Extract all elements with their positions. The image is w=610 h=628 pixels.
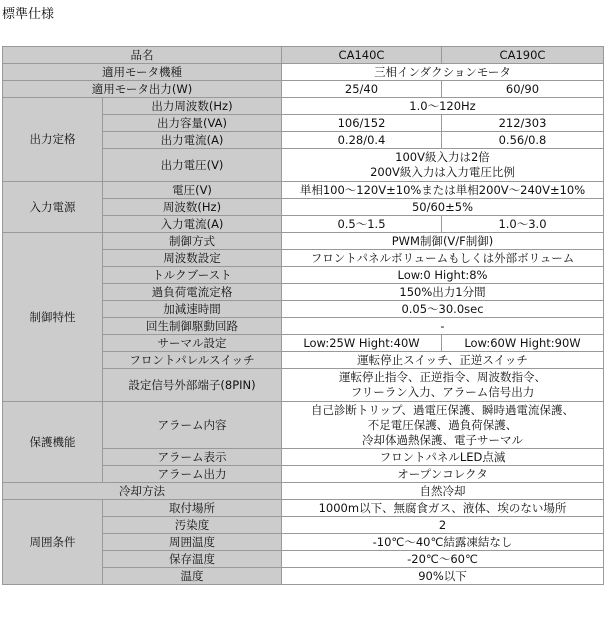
row-value: 212/303 [442,115,604,132]
row-value: Low:0 Hight:8% [282,267,604,284]
row-value: 1.0～3.0 [442,216,604,233]
group-label: 入力電源 [3,182,103,233]
row-label: 入力電流(A) [103,216,282,233]
header-label: 品名 [3,47,282,64]
table-header-row: 品名 CA140C CA190C [3,47,604,64]
row-value: 0.05～30.0sec [282,301,604,318]
row-value: -10℃～40℃結露凍結なし [282,534,604,551]
row-value: フロントパネルLED点滅 [282,449,604,466]
row-label: 設定信号外部端子(8PIN) [103,369,282,402]
row-label: 出力周波数(Hz) [103,98,282,115]
value-line: フリーラン入力、アラーム信号出力 [284,385,601,400]
row-value: 100V級入力は2倍 200V級入力は入力電圧比例 [282,149,604,182]
row-label: 温度 [103,568,282,585]
row-label: トルクブースト [103,267,282,284]
group-label: 保護機能 [3,402,103,483]
row-value: -20℃～60℃ [282,551,604,568]
row-value: 1000m以下、無腐食ガス、液体、埃のない場所 [282,500,604,517]
table-row: 適用モータ出力(W) 25/40 60/90 [3,81,604,98]
value-line: 100V級入力は2倍 [284,150,601,165]
model-ca190c: CA190C [442,47,604,64]
row-value: フロントパネルボリュームもしくは外部ボリューム [282,250,604,267]
row-label: フロントパレルスイッチ [103,352,282,369]
row-label: サーマル設定 [103,335,282,352]
table-row: 冷却方法 自然冷却 [3,483,604,500]
row-label: 保存温度 [103,551,282,568]
value-line: 冷却体過熱保護、電子サーマル [284,433,601,448]
row-value: 自然冷却 [282,483,604,500]
row-label: 適用モータ出力(W) [3,81,282,98]
row-label: 出力電流(A) [103,132,282,149]
row-label: 出力電圧(V) [103,149,282,182]
row-value: Low:60W Hight:90W [442,335,604,352]
row-label: アラーム出力 [103,466,282,483]
row-value: 50/60±5% [282,199,604,216]
group-label: 周囲条件 [3,500,103,585]
table-row: 保護機能 アラーム内容 自己診断トリップ、過電圧保護、瞬時過電流保護、 不足電圧… [3,402,604,449]
row-label: アラーム表示 [103,449,282,466]
row-value: 150%出力1分間 [282,284,604,301]
row-value: 0.28/0.4 [282,132,442,149]
model-ca140c: CA140C [282,47,442,64]
group-label: 出力定格 [3,98,103,182]
value-line: 不足電圧保護、過負荷保護、 [284,418,601,433]
row-label: 周波数設定 [103,250,282,267]
row-label: 適用モータ機種 [3,64,282,81]
table-row: 出力定格 出力周波数(Hz) 1.0～120Hz [3,98,604,115]
row-value: オープンコレクタ [282,466,604,483]
row-label: 回生制御駆動回路 [103,318,282,335]
row-value: Low:25W Hight:40W [282,335,442,352]
row-label: 加減速時間 [103,301,282,318]
row-value: 自己診断トリップ、過電圧保護、瞬時過電流保護、 不足電圧保護、過負荷保護、 冷却… [282,402,604,449]
row-value: PWM制御(V/F制御) [282,233,604,250]
table-row: 周囲条件 取付場所 1000m以下、無腐食ガス、液体、埃のない場所 [3,500,604,517]
row-value: 三相インダクションモータ [282,64,604,81]
row-value: 106/152 [282,115,442,132]
row-value: - [282,318,604,335]
row-label: 電圧(V) [103,182,282,199]
table-row: 適用モータ機種 三相インダクションモータ [3,64,604,81]
row-label: 周囲温度 [103,534,282,551]
page-title: 標準仕様 [2,3,54,22]
row-value: 単相100～120V±10%または単相200V～240V±10% [282,182,604,199]
row-label: 制御方式 [103,233,282,250]
row-value: 2 [282,517,604,534]
row-label: 冷却方法 [3,483,282,500]
row-value: 運転停止指令、正逆指令、周波数指令、 フリーラン入力、アラーム信号出力 [282,369,604,402]
value-line: 運転停止指令、正逆指令、周波数指令、 [284,370,601,385]
row-label: 出力容量(VA) [103,115,282,132]
row-label: 汚染度 [103,517,282,534]
row-label: 過負荷電流定格 [103,284,282,301]
row-value: 運転停止スイッチ、正逆スイッチ [282,352,604,369]
row-label: 取付場所 [103,500,282,517]
value-line: 自己診断トリップ、過電圧保護、瞬時過電流保護、 [284,403,601,418]
row-value: 25/40 [282,81,442,98]
spec-table: 品名 CA140C CA190C 適用モータ機種 三相インダクションモータ 適用… [2,46,604,585]
value-line: 200V級入力は入力電圧比例 [284,165,601,180]
row-value: 0.56/0.8 [442,132,604,149]
table-row: 入力電源 電圧(V) 単相100～120V±10%または単相200V～240V±… [3,182,604,199]
row-value: 1.0～120Hz [282,98,604,115]
row-value: 60/90 [442,81,604,98]
row-label: アラーム内容 [103,402,282,449]
row-value: 90%以下 [282,568,604,585]
row-label: 周波数(Hz) [103,199,282,216]
row-value: 0.5～1.5 [282,216,442,233]
group-label: 制御特性 [3,233,103,402]
table-row: 制御特性 制御方式 PWM制御(V/F制御) [3,233,604,250]
